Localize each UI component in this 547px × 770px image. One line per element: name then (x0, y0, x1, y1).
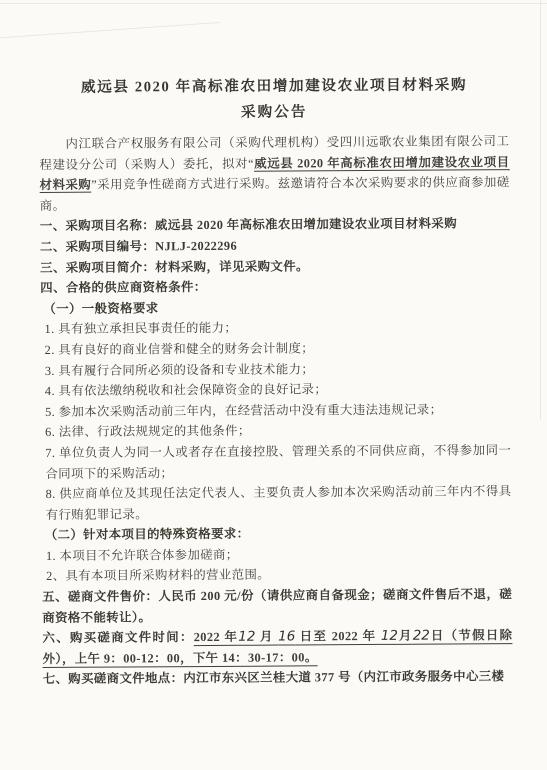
handwritten-month-1: 12 (238, 629, 255, 645)
handwritten-day-2: 22 (413, 628, 430, 644)
special-requirements-header: （二）针对本项目的特殊资格要求： (42, 522, 512, 545)
scanned-document-page: 威远县 2020 年高标准农田增加建设农业项目材料采购 采购公告 内江联合产权服… (0, 0, 547, 770)
special-item-1: 1. 本项目不允许联合体参加磋商； (42, 543, 512, 566)
section-4-qualification: 四、合格的供应商资格条件： (40, 275, 510, 298)
scan-edge-top (0, 3, 547, 4)
handwritten-day-1: 16 (278, 629, 295, 645)
date-segment: 月 (255, 630, 278, 644)
intro-paragraph: 内江联合产权服务有限公司（采购代理机构）受四川远歌农业集团有限公司工程建设分公司… (39, 131, 509, 216)
scan-edge-right (540, 0, 541, 420)
general-item-3: 3. 具有履行合同所必须的设备和专业技术能力； (41, 358, 511, 381)
time-segment: 上午 9：00-12：00，下午 14：30-17：00。 (75, 650, 318, 665)
section-5-document-price: 五、磋商文件售价：人民币 200 元/份（请供应商自备现金；磋商文件售后不退，磋… (42, 584, 512, 628)
section-6-purchase-time: 六、购买磋商文件时间：2022 年12 月 16 日至 2022 年 12月22… (42, 625, 512, 669)
document-content: 威远县 2020 年高标准农田增加建设农业项目材料采购 采购公告 内江联合产权服… (39, 75, 513, 690)
general-item-2: 2. 具有良好的商业信誉和健全的财务会计制度； (41, 337, 511, 360)
handwritten-month-2: 12 (381, 628, 398, 644)
intro-text-post: ”采用竞争性磋商方式进行采购。兹邀请符合本次采购要求的供应商参加磋商。 (40, 175, 510, 212)
section-7-purchase-location: 七、购买磋商文件地点：内江市东兴区兰桂大道 377 号（内江市政务服务中心三楼 (43, 667, 513, 690)
document-subtitle: 采购公告 (39, 101, 509, 125)
general-item-1: 1. 具有独立承担民事责任的能力； (40, 316, 510, 339)
section-2-project-number: 二、采购项目编号：NJLJ-2022296 (40, 234, 510, 257)
general-item-5: 5. 参加本次采购活动前三年内，在经营活动中没有重大违法违规记录； (41, 399, 511, 422)
date-segment: 月 (398, 629, 413, 643)
purchase-time-label: 六、购买磋商文件时间： (42, 630, 193, 645)
date-segment: 2022 年 (194, 630, 239, 644)
general-item-8: 8. 供应商单位及其现任法定代表人、主要负责人参加本次采购活动前三年内不得具有行… (41, 481, 511, 525)
date-segment: 日至 2022 年 (295, 629, 381, 644)
special-item-2: 2、具有本项目所采购材料的营业范围。 (42, 564, 512, 587)
scan-fold-line (0, 22, 219, 39)
section-3-project-brief: 三、采购项目简介：材料采购，详见采购文件。 (40, 255, 510, 278)
general-item-4: 4. 具有依法缴纳税收和社会保障资金的良好记录； (41, 378, 511, 401)
section-1-project-name: 一、采购项目名称：威远县 2020 年高标准农田增加建设农业项目材料采购 (40, 214, 510, 237)
general-item-6: 6. 法律、行政法规规定的其他条件； (41, 419, 511, 442)
general-requirements-header: （一）一般资格要求 (40, 296, 510, 319)
document-title: 威远县 2020 年高标准农田增加建设农业项目材料采购 (39, 75, 509, 99)
general-item-7: 7. 单位负责人为同一人或者存在直接控股、管理关系的不同供应商，不得参加同一合同… (41, 440, 511, 484)
